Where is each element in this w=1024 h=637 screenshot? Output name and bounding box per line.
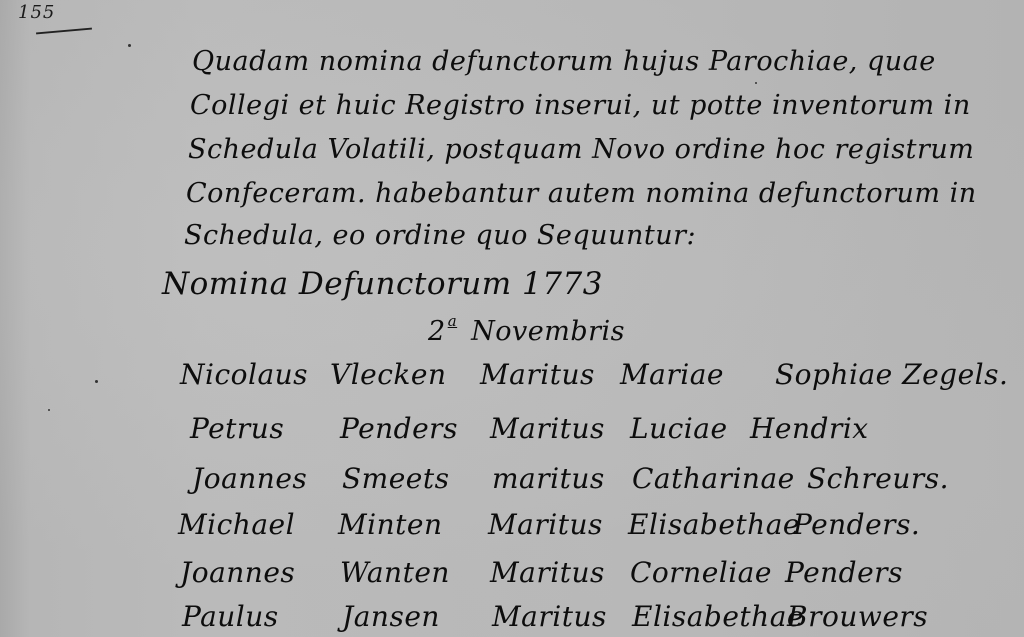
spouse-given-name: Catharinae — [632, 462, 807, 495]
folio-number: 155 — [18, 2, 55, 23]
relation: Maritus — [490, 556, 630, 589]
relation: Maritus — [488, 508, 628, 541]
deceased-surname: Smeets — [342, 462, 492, 495]
register-entry: JoannesWantenMaritusCorneliaePenders — [180, 556, 903, 589]
deceased-surname: Jansen — [342, 600, 492, 633]
spouse-surname: Penders. — [793, 508, 920, 541]
spouse-surname: Brouwers — [787, 600, 928, 633]
register-entry: PaulusJansenMaritusElisabethaeBrouwers — [182, 600, 928, 633]
deceased-surname: Vlecken — [330, 358, 480, 391]
spouse-given-name: Corneliae — [630, 556, 785, 589]
register-entry: JoannesSmeetsmaritusCatharinaeSchreurs. — [192, 462, 949, 495]
register-entry: MichaelMintenMaritusElisabethaePenders. — [178, 508, 920, 541]
deceased-given-name: Paulus — [182, 600, 342, 633]
intro-line-2: Collegi et huic Registro inserui, ut pot… — [190, 90, 971, 121]
relation: Maritus — [490, 412, 630, 445]
spouse-given-name: Elisabethae — [632, 600, 787, 633]
scan-speck — [95, 380, 98, 383]
scanned-register-page: 155 Quadam nomina defunctorum hujus Paro… — [0, 0, 1024, 637]
deceased-given-name: Petrus — [190, 412, 340, 445]
relation: maritus — [492, 462, 632, 495]
intro-line-5: Schedula, eo ordine quo Sequuntur: — [184, 220, 696, 251]
deceased-surname: Minten — [338, 508, 488, 541]
spouse-surname: Hendrix — [750, 412, 869, 445]
date-day: 2 — [428, 316, 446, 347]
deceased-surname: Penders — [340, 412, 490, 445]
date-day-suffix: a — [448, 312, 457, 330]
scan-speck — [755, 82, 757, 84]
spouse-surname: Penders — [785, 556, 903, 589]
deceased-surname: Wanten — [340, 556, 490, 589]
spouse-given-name: Elisabethae — [628, 508, 793, 541]
scan-speck — [48, 409, 50, 411]
spouse-given-name: Luciae — [630, 412, 750, 445]
register-entry: NicolausVleckenMaritusMariaeSophiae Zege… — [180, 358, 1008, 391]
deceased-given-name: Joannes — [180, 556, 340, 589]
spouse-given-name: Mariae — [620, 358, 775, 391]
relation: Maritus — [492, 600, 632, 633]
date-month: Novembris — [471, 316, 625, 347]
register-entry: PetrusPendersMaritusLuciaeHendrix — [190, 412, 869, 445]
relation: Maritus — [480, 358, 620, 391]
folio-underline — [36, 28, 92, 35]
deceased-given-name: Michael — [178, 508, 338, 541]
intro-line-1: Quadam nomina defunctorum hujus Parochia… — [192, 46, 936, 77]
spouse-surname: Schreurs. — [807, 462, 949, 495]
spouse-surname: Sophiae Zegels. — [775, 358, 1008, 391]
register-heading: Nomina Defunctorum 1773 — [162, 266, 603, 302]
intro-line-4: Confeceram. habebantur autem nomina defu… — [186, 178, 977, 209]
deceased-given-name: Nicolaus — [180, 358, 330, 391]
intro-line-3: Schedula Volatili, postquam Novo ordine … — [188, 134, 974, 165]
deceased-given-name: Joannes — [192, 462, 342, 495]
entry-date: 2aNovembris — [428, 312, 625, 347]
scan-speck — [128, 44, 131, 47]
